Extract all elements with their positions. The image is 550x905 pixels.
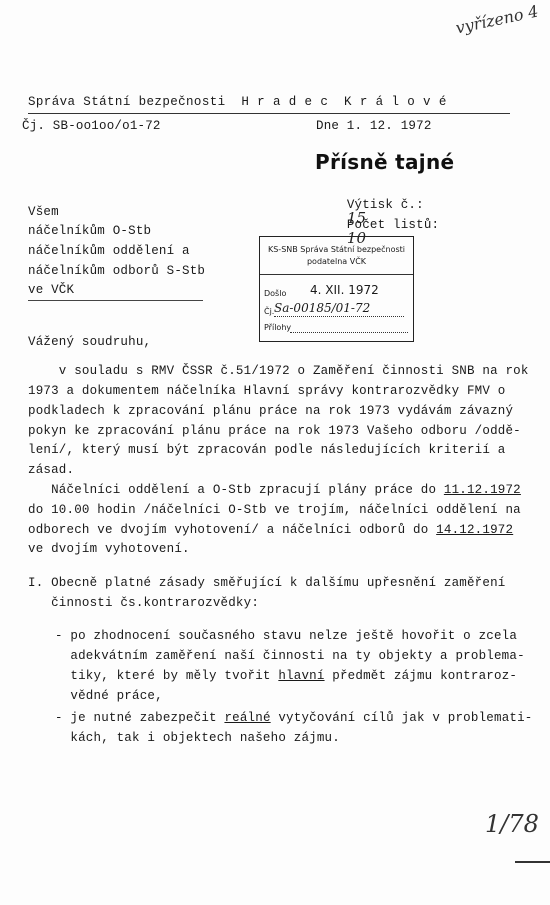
text-span: - je nutné zabezpečit: [55, 711, 224, 725]
registry-stamp: KS-SNB Správa Státní bezpečnosti podatel…: [259, 236, 414, 342]
paragraph-line: podkladech k zpracování plánu práce na r…: [28, 405, 513, 418]
document-page: vyřízeno 4 Správa Státní bezpečnosti H r…: [0, 0, 550, 905]
deadline-date: 14.12.1972: [436, 523, 513, 537]
bullet-line: adekvátním zaměření naší činnosti na ty …: [55, 650, 525, 663]
addressee-line: ve VČK: [28, 284, 74, 297]
section-heading: činnosti čs.kontrarozvědky:: [28, 597, 259, 610]
paragraph-line: lení/, který musí být zpracován podle ná…: [28, 444, 505, 457]
paragraph-line: do 10.00 hodin /náčelníci O-Stb ve trojí…: [28, 504, 521, 517]
bullet-line: vědné práce,: [55, 690, 163, 703]
stamp-ref-value: Sa-00185/01-72: [274, 301, 370, 315]
bullet-line: - je nutné zabezpečit reálné vytyčování …: [55, 712, 533, 725]
stamp-date-value: 4. XII. 1972: [310, 283, 379, 297]
stamp-date-label: Došlo: [264, 289, 286, 298]
paragraph-line: pokyn ke zpracování plánu práce na rok 1…: [28, 425, 521, 438]
section-heading: I. Obecně platné zásady směřující k dalš…: [28, 577, 505, 590]
classification-label: Přísně tajné: [315, 150, 454, 174]
deadline-date: 11.12.1972: [444, 483, 521, 497]
organization-header: Správa Státní bezpečnosti H r a d e c K …: [28, 96, 447, 109]
addressee-line: náčelníkům O-Stb: [28, 225, 151, 238]
stamp-title: KS-SNB Správa Státní bezpečnosti podatel…: [260, 237, 413, 275]
paragraph-line: Náčelníci oddělení a O-Stb zpracují plán…: [28, 484, 521, 497]
paragraph-line: v souladu s RMV ČSSR č.51/1972 o Zaměřen…: [28, 365, 529, 378]
text-span: odborech ve dvojím vyhotovení/ a náčelní…: [28, 523, 436, 537]
paragraph-line: ve dvojím vyhotovení.: [28, 543, 190, 556]
stamp-ref-underline: [274, 316, 404, 317]
addressee-line: náčelníkům oddělení a: [28, 245, 190, 258]
bullet-line: - po zhodnocení současného stavu nelze j…: [55, 630, 517, 643]
text-span: tiky, které by měly tvořit: [55, 669, 278, 683]
paragraph-line: zásad.: [28, 464, 74, 477]
addressee-line: Všem: [28, 206, 59, 219]
stamp-title-line: KS-SNB Správa Státní bezpečnosti: [260, 244, 413, 256]
stamp-attachments-underline: [290, 332, 408, 333]
handwritten-annotation: vyřízeno 4: [454, 1, 540, 37]
text-span: Náčelníci oddělení a O-Stb zpracují plán…: [28, 483, 444, 497]
paragraph-line: 1973 a dokumentem náčelníka Hlavní správ…: [28, 385, 505, 398]
text-span: předmět zájmu kontraroz-: [325, 669, 518, 683]
stamp-title-line: podatelna VČK: [260, 256, 413, 268]
scan-artifact: [515, 861, 550, 863]
stamp-attachments-label: Přílohy: [264, 323, 291, 332]
stamp-ref-label: Čj.: [264, 307, 274, 316]
addressee-divider: [28, 300, 203, 301]
salutation: Vážený soudruhu,: [28, 336, 151, 349]
reference-number: Čj. SB-oo1oo/o1-72: [22, 120, 161, 133]
emphasis: reálné: [224, 711, 270, 725]
header-divider: [28, 113, 510, 114]
page-mark: 1/78: [485, 810, 539, 838]
emphasis: hlavní: [278, 669, 324, 683]
bullet-line: kách, tak i objektech našeho zájmu.: [55, 732, 340, 745]
addressee-line: náčelníkům odborů S-Stb: [28, 265, 205, 278]
text-span: vytyčování cílů jak v problemati-: [271, 711, 533, 725]
document-date: Dne 1. 12. 1972: [316, 120, 432, 133]
bullet-line: tiky, které by měly tvořit hlavní předmě…: [55, 670, 517, 683]
paragraph-line: odborech ve dvojím vyhotovení/ a náčelní…: [28, 524, 513, 537]
